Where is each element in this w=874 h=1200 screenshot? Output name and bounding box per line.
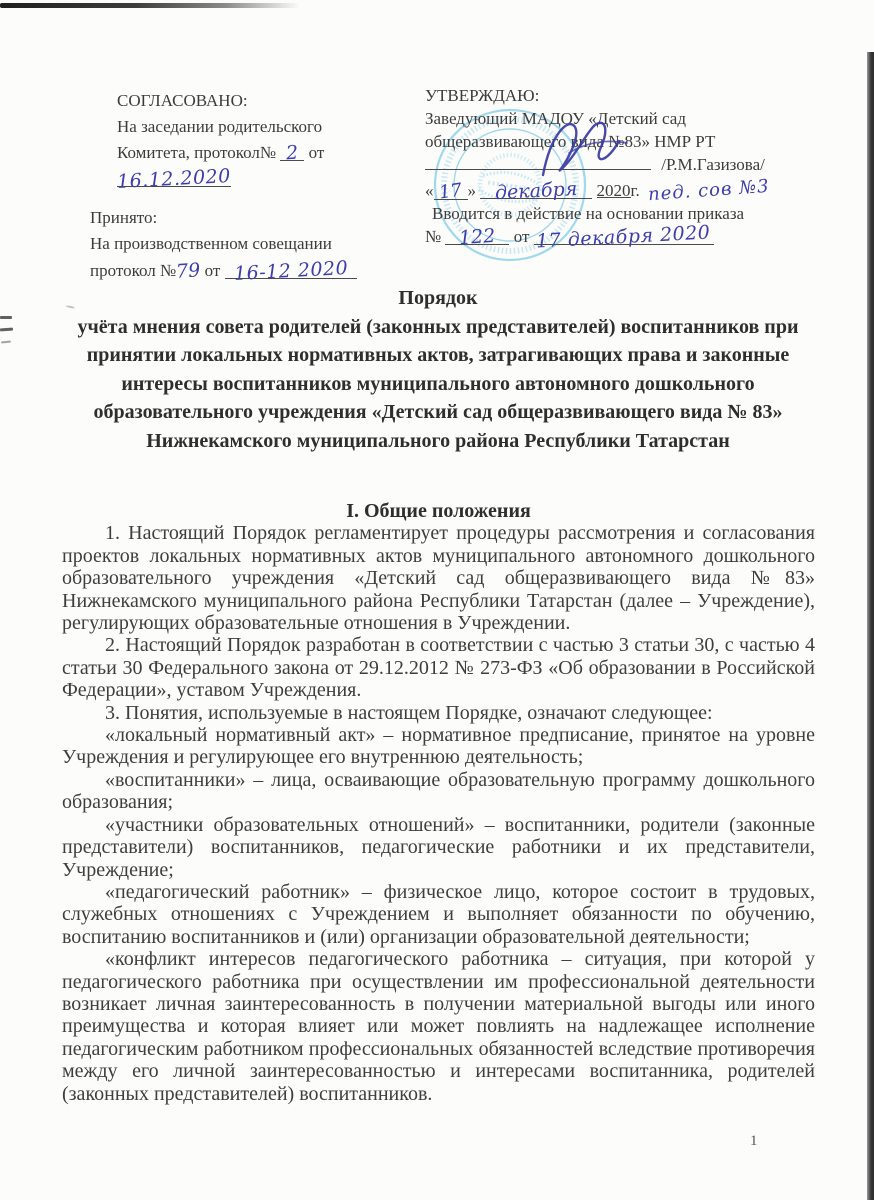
paragraph: «участники образовательных отношений» – … — [62, 814, 815, 881]
agreed-block: СОГЛАСОВАНО: На заседании родительского … — [90, 88, 420, 284]
section-heading: I. Общие положения — [62, 500, 815, 522]
scan-artifact-right-edge — [867, 52, 874, 1200]
paragraph: 2. Настоящий Порядок разработан в соотве… — [62, 634, 815, 701]
quote-close: » — [468, 181, 477, 200]
paragraph: «конфликт интересов педагогического рабо… — [62, 948, 815, 1105]
title-line: интересы воспитанников муниципального ав… — [62, 370, 814, 399]
ped-sovet-note-handwritten: пед. сов №3 — [647, 175, 770, 206]
approve-line1: Заведующий МАДОУ «Детский сад — [425, 107, 805, 130]
scan-edge-mark — [0, 316, 12, 319]
approve-date-line: «17» декабря 2020г.пед. сов №3 — [425, 179, 805, 202]
agreed-line1: На заседании родительского — [90, 114, 420, 140]
agreed-date-line: 16.12.2020 — [117, 169, 231, 187]
paragraph: «воспитанники» – лица, осваивающие образ… — [62, 769, 815, 814]
accepted-from-label: от — [205, 261, 221, 280]
accepted-date-handwritten: 16-12 2020 — [233, 259, 348, 284]
day-line: 17 — [434, 182, 468, 200]
agreed-date-handwritten: 16.12.2020 — [117, 167, 232, 192]
paragraph: «педагогический работник» – физическое л… — [62, 881, 815, 948]
year-printed: 2020 — [597, 182, 631, 198]
agreed-protocol-number-line: 2 — [280, 143, 304, 161]
title-line: учёта мнения совета родителей (законных … — [62, 313, 814, 342]
approve-line2: общеразвивающего вида №83» НМР РТ — [425, 130, 805, 153]
agreed-protocol-label: Комитета, протокол№ — [117, 143, 276, 162]
signature-line — [425, 154, 651, 170]
year-suffix: г. — [631, 181, 640, 200]
accepted-protocol-number-handwritten: 79 — [175, 257, 201, 285]
accepted-date-line: 16-12 2020 — [225, 261, 357, 279]
title-line: принятии локальных нормативных актов, за… — [62, 341, 814, 370]
page-number: 1 — [750, 1133, 758, 1150]
accepted-protocol-line: протокол №79 от 16-12 2020 — [90, 257, 420, 284]
accepted-heading: Принято: — [90, 205, 420, 231]
quote-open: « — [425, 181, 434, 200]
order-number-line: № 122 от 17 декабря 2020 — [425, 225, 805, 248]
signature-row: /Р.М.Газизова/ — [425, 153, 805, 179]
title-line: Нижнекамского муниципального района Респ… — [62, 427, 814, 456]
paragraph: 3. Понятия, используемые в настоящем Пор… — [62, 702, 815, 724]
scan-edge-mark — [1, 340, 11, 343]
day-handwritten: 17 — [438, 181, 463, 202]
scan-edge-mark — [0, 328, 13, 332]
agreed-protocol-number-handwritten: 2 — [286, 144, 299, 164]
paragraph: «локальный нормативный акт» – нормативно… — [62, 724, 815, 769]
title-line: образовательного учреждения «Детский сад… — [62, 398, 814, 427]
accepted-protocol-label: протокол № — [90, 261, 176, 280]
order-number-label: № — [425, 227, 441, 246]
order-date-handwritten: 17 декабря 2020 — [536, 223, 711, 251]
scan-artifact-top-line — [0, 3, 300, 8]
approved-block: УТВЕРЖДАЮ: Заведующий МАДОУ «Детский сад… — [425, 84, 805, 248]
document-title: Порядок учёта мнения совета родителей (з… — [62, 284, 814, 455]
order-intro-line: Вводится в действие на основании приказа — [425, 202, 805, 225]
paragraph: 1. Настоящий Порядок регламентирует проц… — [62, 522, 815, 634]
scanned-document-page: СОГЛАСОВАНО: На заседании родительского … — [0, 0, 874, 1200]
document-body: I. Общие положения 1. Настоящий Порядок … — [62, 500, 815, 1105]
month-line: декабря — [480, 181, 592, 199]
order-number-handwritten: 122 — [459, 227, 497, 248]
signer-name: /Р.М.Газизова/ — [661, 155, 765, 174]
agreed-heading: СОГЛАСОВАНО: — [90, 88, 420, 114]
order-from-label: от — [514, 227, 530, 246]
accepted-line1: На производственном совещании — [90, 231, 420, 257]
agreed-from-label: от — [309, 143, 325, 162]
spacer — [90, 192, 420, 205]
title-line: Порядок — [62, 284, 814, 313]
approve-heading: УТВЕРЖДАЮ: — [425, 84, 805, 107]
agreed-protocol-line: Комитета, протокол№ 2 от 16.12.2020 — [90, 140, 420, 192]
order-date-underline: 17 декабря 2020 — [534, 227, 714, 245]
month-handwritten: декабря — [495, 180, 578, 203]
order-number-underline: 122 — [445, 227, 509, 245]
